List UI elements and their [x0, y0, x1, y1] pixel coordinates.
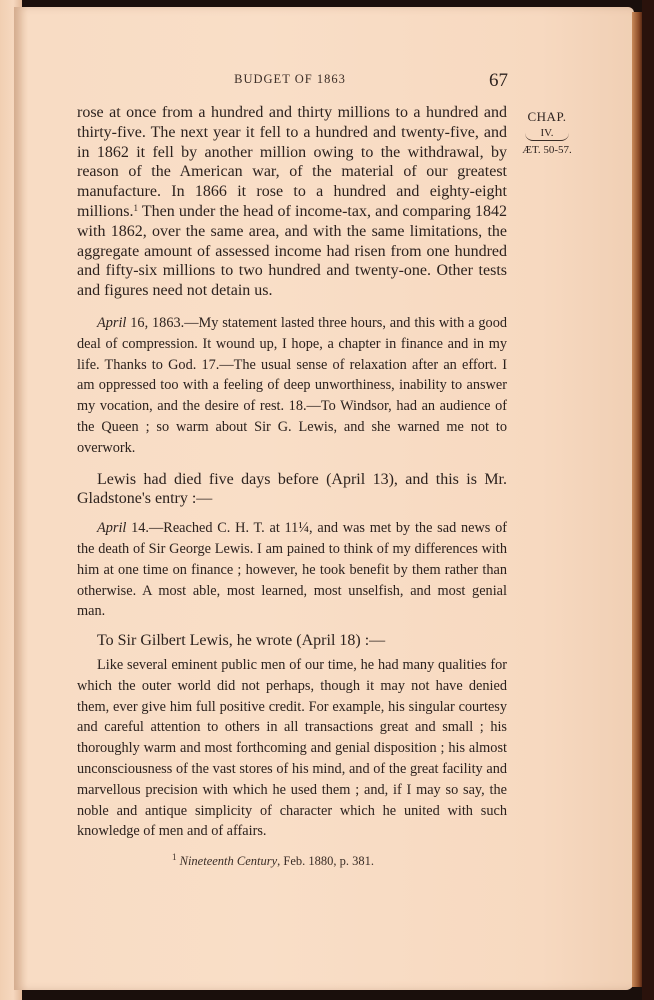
margin-age-range: ÆT. 50-57. [517, 143, 577, 158]
page-block-edge [632, 12, 642, 987]
margin-note: CHAP. IV. ÆT. 50-57. [517, 108, 577, 159]
diary-text: 16, 1863.—My statement lasted three hour… [77, 315, 507, 456]
running-head: BUDGET OF 1863 [60, 72, 520, 87]
footnote-source-title: Nineteenth Century [180, 854, 278, 868]
date-italic: April [97, 315, 126, 331]
diary-entry-april-16: April 16, 1863.—My statement lasted thre… [77, 313, 507, 459]
footnote-citation: , Feb. 1880, p. 381. [277, 854, 374, 868]
footnote-number: 1 [172, 852, 177, 862]
footnote: 1 Nineteenth Century, Feb. 1880, p. 381. [77, 854, 507, 869]
paragraph-letter-intro: To Sir Gilbert Lewis, he wrote (April 18… [77, 631, 507, 651]
margin-chap-label: CHAP. [517, 108, 577, 126]
paragraph-lewis-death: Lewis had died five days before (April 1… [77, 470, 507, 510]
paragraph-text: Then under the head of income-tax, and c… [77, 203, 507, 299]
paragraph-revenue: rose at once from a hundred and thirty m… [77, 103, 507, 301]
body-text: rose at once from a hundred and thirty m… [77, 103, 507, 869]
diary-entry-april-14: April 14.—Reached C. H. T. at 11¼, and w… [77, 518, 507, 622]
page-number: 67 [489, 70, 508, 92]
diary-text: 14.—Reached C. H. T. at 11¼, and was met… [77, 520, 507, 619]
date-italic: April [97, 520, 126, 536]
margin-chapter-number: IV. [525, 126, 569, 141]
letter-quote: Like several eminent public men of our t… [77, 655, 507, 842]
book-cover-edge [642, 0, 654, 1000]
